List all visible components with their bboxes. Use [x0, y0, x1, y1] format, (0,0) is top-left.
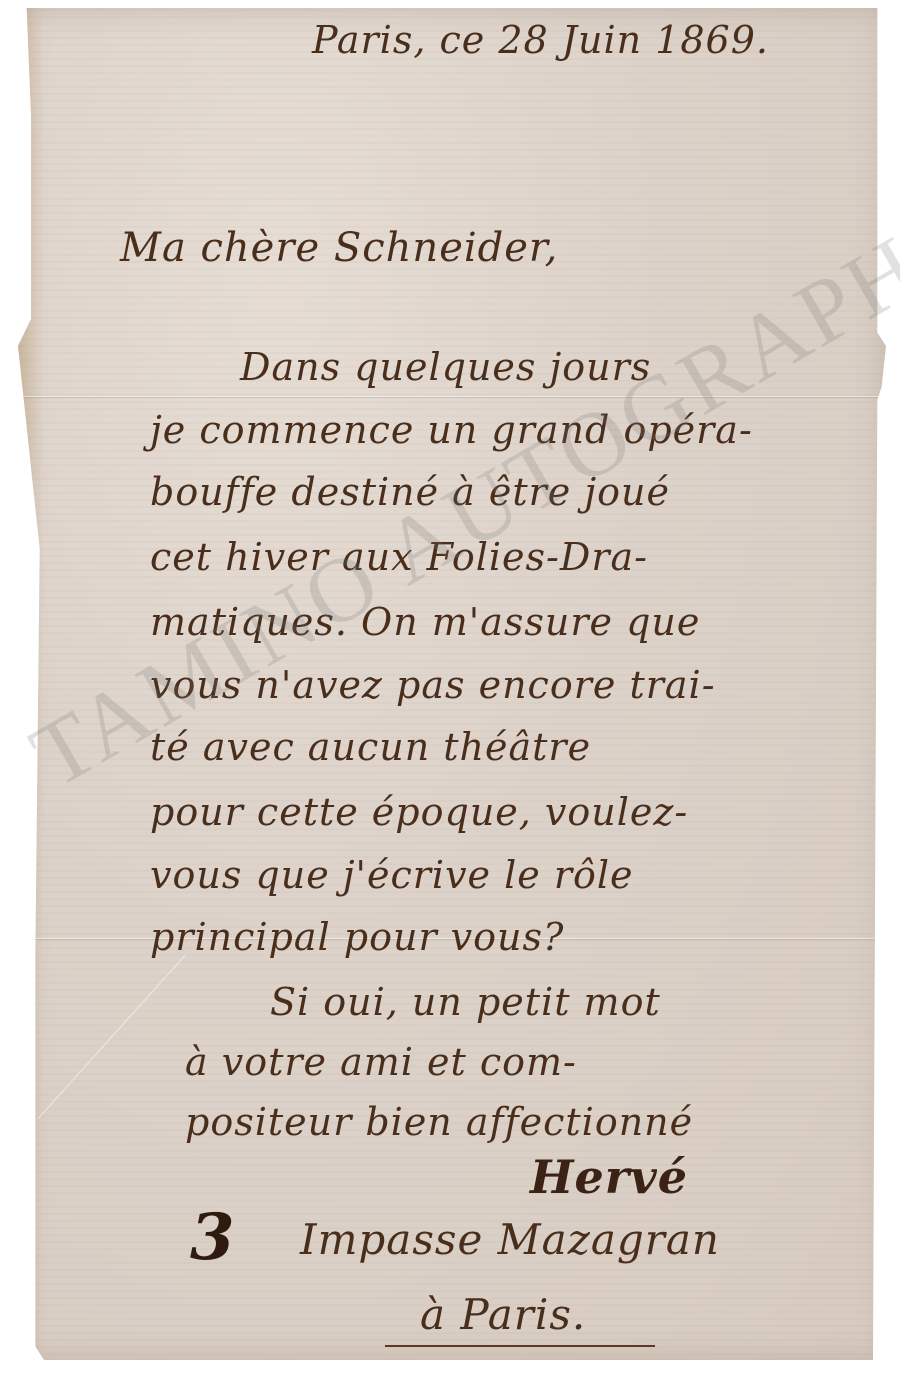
letter-body-line: bouffe destiné à être joué [150, 470, 670, 514]
letter-body-line: positeur bien affectionné [185, 1100, 693, 1144]
letter-salutation: Ma chère Schneider, [120, 225, 558, 271]
letter-body-line: pour cette époque, voulez- [150, 790, 688, 834]
page: Paris, ce 28 Juin 1869. Ma chère Schneid… [0, 0, 900, 1385]
letter-dateline: Paris, ce 28 Juin 1869. [312, 18, 769, 62]
address-street: Impasse Mazagran [300, 1215, 720, 1264]
paper-fold-line [18, 396, 886, 397]
letter-body-line: vous n'avez pas encore trai- [150, 663, 716, 707]
address-city-underline [385, 1345, 655, 1347]
letter-body-line: Dans quelques jours [240, 345, 651, 389]
paper-crease [38, 955, 186, 1119]
letter-body-line: principal pour vous? [150, 915, 564, 959]
letter-body-line: té avec aucun théâtre [150, 725, 591, 769]
letter-body-line: matiques. On m'assure que [150, 600, 700, 644]
address-number: 3 [190, 1200, 236, 1275]
letter-body-line: je commence un grand opéra- [150, 408, 753, 452]
paper-edge-stain [18, 8, 44, 1360]
letter-body-line: Si oui, un petit mot [270, 980, 661, 1024]
address-city: à Paris. [420, 1290, 586, 1339]
letter-body-line: à votre ami et com- [185, 1040, 577, 1084]
letter-body-line: cet hiver aux Folies-Dra- [150, 535, 648, 579]
letter-body-line: vous que j'écrive le rôle [150, 853, 634, 897]
letter-signature: Hervé [530, 1150, 688, 1204]
